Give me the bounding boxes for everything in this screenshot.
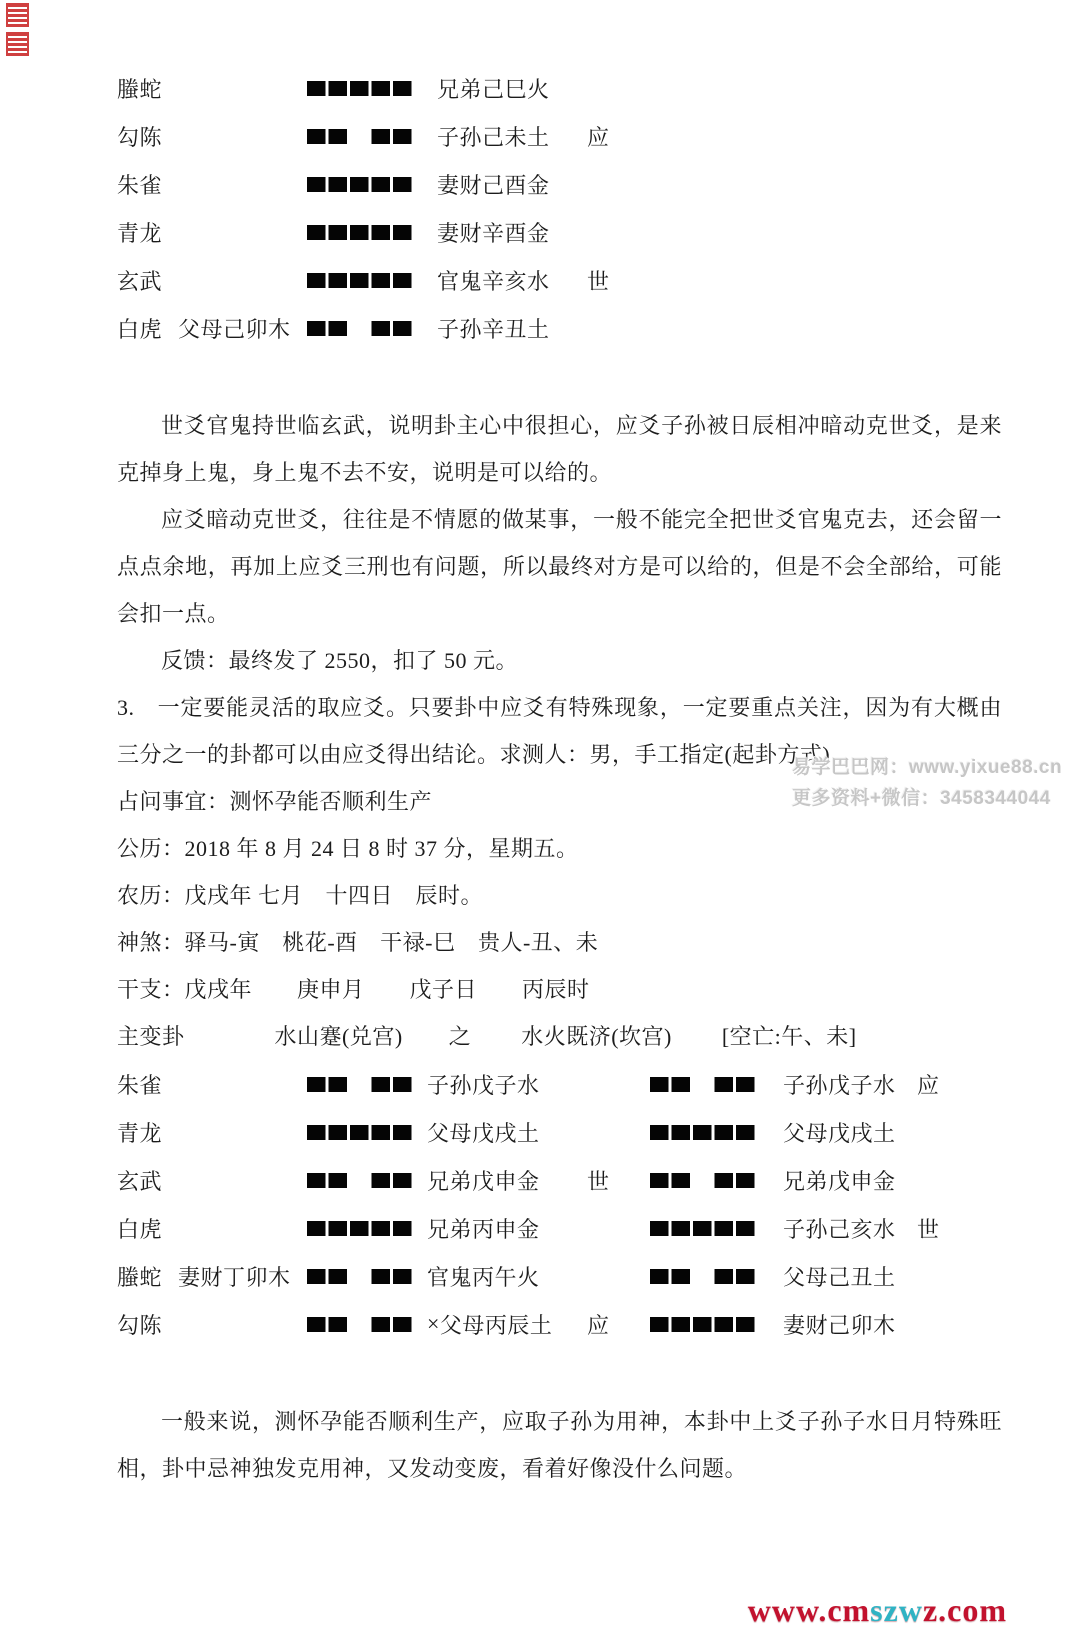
hexagram-row: 勾陈 子孙己未土 应 xyxy=(117,112,1080,160)
six-god-label: 勾陈 xyxy=(117,1309,178,1340)
line-nature-text: 兄弟丙申金 xyxy=(427,1213,585,1244)
shi-ying-mark: 应 xyxy=(905,1069,965,1100)
hexagram-line-cell xyxy=(307,81,427,96)
hexagram-row: 青龙 父母戊戌土 父母戊戌土 xyxy=(117,1108,1080,1156)
line-nature-text-inner: 兄弟丙申金 xyxy=(427,1213,540,1244)
six-god-label: 玄武 xyxy=(117,1165,178,1196)
hexagram-row: 朱雀 妻财己酉金 xyxy=(117,160,1080,208)
line-nature-text-inner: 父母戊戌土 xyxy=(427,1117,540,1148)
line-nature-text: 父母戊戌土 xyxy=(427,1117,585,1148)
main-hexagram-line-cell xyxy=(307,1317,427,1332)
hexagram-line-cell xyxy=(307,129,427,144)
six-god-label: 螣蛇 xyxy=(117,1261,178,1292)
hexagram-line-cell xyxy=(307,273,427,288)
hexagram-row: 玄武 官鬼辛亥水 世 xyxy=(117,256,1080,304)
changed-gua-name: 水火既济(坎宫) xyxy=(521,1013,672,1060)
changed-line-nature-text: 父母戊戌土 xyxy=(770,1117,905,1148)
changed-hexagram-line-cell xyxy=(650,1221,770,1236)
analysis-paragraph: 世爻官鬼持世临玄武，说明卦主心中很担心，应爻子孙被日辰相冲暗动克世爻，是来克掉身… xyxy=(117,402,1002,496)
footer-url-segment: z.com xyxy=(923,1592,1007,1628)
line-nature-text: 妻财辛酉金 xyxy=(427,217,585,248)
six-god-label: 朱雀 xyxy=(117,169,178,200)
hexagram-line-glyph xyxy=(307,1317,413,1332)
line-nature-text: 子孙戊子水 xyxy=(427,1069,585,1100)
changed-hexagram-line-cell xyxy=(650,1173,770,1188)
shi-ying-mark: 世 xyxy=(585,1165,650,1196)
six-god-label: 青龙 xyxy=(117,1117,178,1148)
footer-site-url: www.cmszwz.com xyxy=(748,1592,1007,1629)
hexagram-line-cell xyxy=(307,177,427,192)
six-god-label: 螣蛇 xyxy=(117,73,178,104)
changed-hexagram-line-cell xyxy=(650,1077,770,1092)
hidden-spirit-text: 妻财丁卯木 xyxy=(178,1261,307,1292)
hexagram-line-glyph xyxy=(307,1125,413,1140)
shi-ying-mark: 世 xyxy=(585,265,650,296)
main-hexagram-line-cell xyxy=(307,1125,427,1140)
hexagram-line-glyph xyxy=(307,1269,413,1284)
watermark-line1: 易学巴巴网：www.yixue88.cn xyxy=(792,752,1062,783)
solar-date-line: 公历：2018 年 8 月 24 日 8 时 37 分，星期五。 xyxy=(117,825,1002,872)
changed-line-nature-text: 子孙戊子水 xyxy=(770,1069,905,1100)
hexagram-row: 螣蛇 兄弟己巳火 xyxy=(117,64,1080,112)
analysis-paragraph: 应爻暗动克世爻，往往是不情愿的做某事，一般不能完全把世爻官鬼克去，还会留一点点余… xyxy=(117,496,1002,637)
hexagram-line-glyph xyxy=(650,1077,756,1092)
hexagram-line-glyph xyxy=(307,321,413,336)
hexagram-line-cell xyxy=(307,321,427,336)
line-nature-text-inner: 官鬼丙午火 xyxy=(427,1261,540,1292)
hexagram-line-glyph xyxy=(307,129,413,144)
shi-ying-mark: 世 xyxy=(905,1213,965,1244)
zhi-character: 之 xyxy=(449,1013,472,1060)
shensha-line: 神煞：驿马-寅 桃花-酉 干禄-巳 贵人-丑、未 xyxy=(117,919,1002,966)
line-nature-text: 兄弟戊申金 xyxy=(427,1165,585,1196)
shi-ying-mark: 应 xyxy=(585,121,650,152)
changed-line-nature-text: 妻财己卯木 xyxy=(770,1309,905,1340)
footer-url-segment: szw xyxy=(870,1592,923,1628)
hexagram-line-glyph xyxy=(650,1317,756,1332)
analysis-section-top: 世爻官鬼持世临玄武，说明卦主心中很担心，应爻子孙被日辰相冲暗动克世爻，是来克掉身… xyxy=(117,402,1002,1060)
lunar-date-line: 农历：戊戌年 七月 十四日 辰时。 xyxy=(117,872,1002,919)
hexagram-line-glyph xyxy=(650,1173,756,1188)
hexagram-line-glyph xyxy=(307,1173,413,1188)
main-hexagram-line-cell xyxy=(307,1077,427,1092)
hidden-spirit-text: 父母己卯木 xyxy=(178,313,307,344)
line-nature-text-inner: 子孙戊子水 xyxy=(427,1069,540,1100)
six-god-label: 白虎 xyxy=(117,313,178,344)
hexagram-line-cell xyxy=(307,225,427,240)
changed-hexagram-line-cell xyxy=(650,1269,770,1284)
ganzhi-line: 干支：戊戌年 庚申月 戊子日 丙辰时 xyxy=(117,966,1002,1013)
hexagram-line-glyph xyxy=(650,1269,756,1284)
moving-line-x-mark: × xyxy=(427,1311,440,1337)
hexagram-line-glyph xyxy=(307,81,413,96)
hexagram-row: 白虎 兄弟丙申金 子孙己亥水 世 xyxy=(117,1204,1080,1252)
line-nature-text: 官鬼辛亥水 xyxy=(427,265,585,296)
hexagram-row: 白虎 父母己卯木 子孙辛丑土 xyxy=(117,304,1080,352)
line-nature-text: ×父母丙辰土 xyxy=(427,1309,585,1340)
scanned-document-page: 螣蛇 兄弟己巳火 勾陈 子孙己未土 应 朱雀 妻财己酉金 青龙 妻财辛酉金 玄武… xyxy=(0,0,1080,1634)
main-hexagram-line-cell xyxy=(307,1269,427,1284)
hexagram-line-glyph xyxy=(650,1221,756,1236)
analysis-paragraph: 一般来说，测怀孕能否顺利生产，应取子孙为用神，本卦中上爻子孙子水日月特殊旺相，卦… xyxy=(117,1398,1002,1492)
changed-line-nature-text: 父母己丑土 xyxy=(770,1261,905,1292)
six-god-label: 勾陈 xyxy=(117,121,178,152)
hexagram-row: 玄武 兄弟戊申金 世 兄弟戊申金 xyxy=(117,1156,1080,1204)
red-stamp-marks xyxy=(6,3,29,61)
site-watermark: 易学巴巴网：www.yixue88.cn 更多资料+微信：3458344044 xyxy=(792,752,1062,814)
main-hexagram-line-cell xyxy=(307,1173,427,1188)
analysis-section-bottom: 一般来说，测怀孕能否顺利生产，应取子孙为用神，本卦中上爻子孙子水日月特殊旺相，卦… xyxy=(117,1398,1002,1492)
line-nature-text: 子孙辛丑土 xyxy=(427,313,585,344)
hexagram-table-top: 螣蛇 兄弟己巳火 勾陈 子孙己未土 应 朱雀 妻财己酉金 青龙 妻财辛酉金 玄武… xyxy=(117,64,1080,352)
changed-hexagram-line-cell xyxy=(650,1317,770,1332)
hexagram-line-glyph xyxy=(650,1125,756,1140)
hexagram-table-main-changed: 朱雀 子孙戊子水 子孙戊子水 应 青龙 父母戊戌土 父母戊戌土 玄武 兄弟戊申金… xyxy=(117,1060,1080,1348)
hexagram-line-glyph xyxy=(307,273,413,288)
six-god-label: 白虎 xyxy=(117,1213,178,1244)
line-nature-text: 兄弟己巳火 xyxy=(427,73,585,104)
gua-header-line: 主变卦 水山蹇(兑宫) 之 水火既济(坎宫) [空亡:午、未] xyxy=(117,1013,1002,1060)
six-god-label: 青龙 xyxy=(117,217,178,248)
line-nature-text-inner: 父母丙辰土 xyxy=(440,1309,553,1340)
line-nature-text: 妻财己酉金 xyxy=(427,169,585,200)
footer-url-segment: www.cm xyxy=(748,1592,870,1628)
kongwang-note: [空亡:午、未] xyxy=(722,1013,857,1060)
hexagram-row: 朱雀 子孙戊子水 子孙戊子水 应 xyxy=(117,1060,1080,1108)
gua-header-label: 主变卦 xyxy=(117,1013,185,1060)
feedback-line: 反馈：最终发了 2550，扣了 50 元。 xyxy=(117,637,1002,684)
hexagram-row: 勾陈 ×父母丙辰土 应 妻财己卯木 xyxy=(117,1300,1080,1348)
main-hexagram-line-cell xyxy=(307,1221,427,1236)
line-nature-text-inner: 兄弟戊申金 xyxy=(427,1165,540,1196)
main-gua-name: 水山蹇(兑宫) xyxy=(275,1013,403,1060)
six-god-label: 朱雀 xyxy=(117,1069,178,1100)
watermark-line2: 更多资料+微信：3458344044 xyxy=(792,783,1062,814)
hexagram-row: 青龙 妻财辛酉金 xyxy=(117,208,1080,256)
hexagram-row: 螣蛇 妻财丁卯木 官鬼丙午火 父母己丑土 xyxy=(117,1252,1080,1300)
changed-line-nature-text: 子孙己亥水 xyxy=(770,1213,905,1244)
hexagram-line-glyph xyxy=(307,1221,413,1236)
line-nature-text: 官鬼丙午火 xyxy=(427,1261,585,1292)
changed-hexagram-line-cell xyxy=(650,1125,770,1140)
hexagram-line-glyph xyxy=(307,225,413,240)
hexagram-line-glyph xyxy=(307,1077,413,1092)
line-nature-text: 子孙己未土 xyxy=(427,121,585,152)
red-stamp-glyph xyxy=(6,3,29,27)
hexagram-line-glyph xyxy=(307,177,413,192)
changed-line-nature-text: 兄弟戊申金 xyxy=(770,1165,905,1196)
six-god-label: 玄武 xyxy=(117,265,178,296)
shi-ying-mark: 应 xyxy=(585,1309,650,1340)
red-stamp-glyph xyxy=(6,32,29,56)
